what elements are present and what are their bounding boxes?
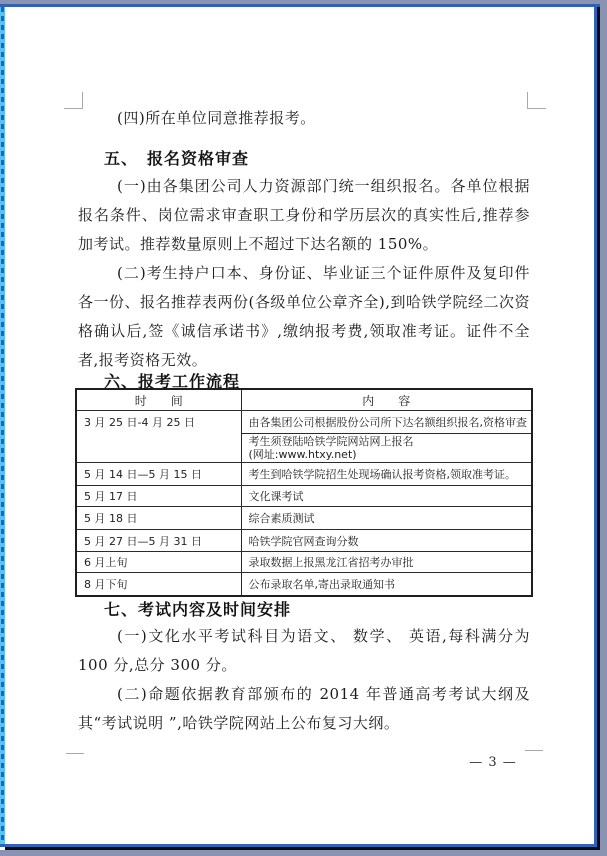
left-margin-guide-strip xyxy=(0,7,5,845)
table-cell-line: (网址:www.htxy.net) xyxy=(249,448,357,461)
table-row: 5 月 17 日 文化课考试 xyxy=(76,486,532,507)
table-cell-time: 5 月 27 日—5 月 31 日 xyxy=(76,530,241,552)
table-row: 5 月 14 日—5 月 15 日 考生到哈铁学院招生处现场确认报考资格,领取准… xyxy=(76,463,532,486)
table-cell-content: 考生须登陆哈铁学院网站网上报名(网址:www.htxy.net) xyxy=(241,434,532,463)
table-cell-time: 8 月下旬 xyxy=(76,573,241,597)
page-number: — 3 — xyxy=(458,755,528,770)
table-header-time: 时 间 xyxy=(76,389,241,411)
table-cell-content: 文化课考试 xyxy=(241,486,532,507)
table-cell-content: 由各集团公司根据股份公司所下达名额组织报名,资格审查 xyxy=(241,411,532,434)
text-boundary-mark-bottom-right xyxy=(525,750,543,751)
paragraph-five-one: (一)由各集团公司人力资源部门统一组织报名。各单位根据报名条件、岗位需求审查职工… xyxy=(78,172,530,259)
application-workflow-table: 时 间 内 容 3 月 25 日-4 月 25 日 由各集团公司根据股份公司所下… xyxy=(75,388,533,597)
table-cell-time: 6 月上旬 xyxy=(76,552,241,573)
frame-right-band xyxy=(600,0,607,856)
table-header-content: 内 容 xyxy=(241,389,532,411)
section-heading-five: 五、 报名资格审查 xyxy=(104,146,249,169)
table-row: 5 月 18 日 综合素质测试 xyxy=(76,507,532,530)
table-row: 6 月上旬 录取数据上报黑龙江省招考办审批 xyxy=(76,552,532,573)
table-row: 5 月 27 日—5 月 31 日 哈铁学院官网查询分数 xyxy=(76,530,532,552)
table-cell-content: 哈铁学院官网查询分数 xyxy=(241,530,532,552)
paragraph-item-four: (四)所在单位同意推荐报考。 xyxy=(78,104,530,133)
paragraph-seven-two: (二)命题依据教育部颁布的 2014 年普通高考考试大纲及其“考试说明 ”,哈铁… xyxy=(78,680,530,738)
section-heading-seven: 七、考试内容及时间安排 xyxy=(104,597,291,620)
table-row: 8 月下旬 公布录取名单,寄出录取通知书 xyxy=(76,573,532,597)
page-border-top xyxy=(0,4,600,7)
table-cell-content: 录取数据上报黑龙江省招考办审批 xyxy=(241,552,532,573)
table-cell-time: 5 月 17 日 xyxy=(76,486,241,507)
paragraph-five-two: (二)考生持户口本、身份证、毕业证三个证件原件及复印件各一份、报名推荐表两份(各… xyxy=(78,259,530,375)
table-cell-time: 5 月 18 日 xyxy=(76,507,241,530)
table-cell-line: 考生须登陆哈铁学院网站网上报名 xyxy=(249,435,414,448)
frame-bottom-band xyxy=(0,850,607,856)
table-header-row: 时 间 内 容 xyxy=(76,389,532,411)
table-cell-content: 综合素质测试 xyxy=(241,507,532,530)
left-margin-guide-dashes xyxy=(1,7,4,845)
table-cell-content: 考生到哈铁学院招生处现场确认报考资格,领取准考证。 xyxy=(241,463,532,486)
table-row: 3 月 25 日-4 月 25 日 由各集团公司根据股份公司所下达名额组织报名,… xyxy=(76,411,532,434)
table-cell-time: 5 月 14 日—5 月 15 日 xyxy=(76,463,241,486)
table-cell-content: 公布录取名单,寄出录取通知书 xyxy=(241,573,532,597)
text-boundary-mark-bottom-left xyxy=(66,753,84,754)
paragraph-seven-one: (一)文化水平考试科目为语文、 数学、 英语,每科满分为 100 分,总分 30… xyxy=(78,622,530,680)
table-cell-time: 3 月 25 日-4 月 25 日 xyxy=(76,411,241,463)
